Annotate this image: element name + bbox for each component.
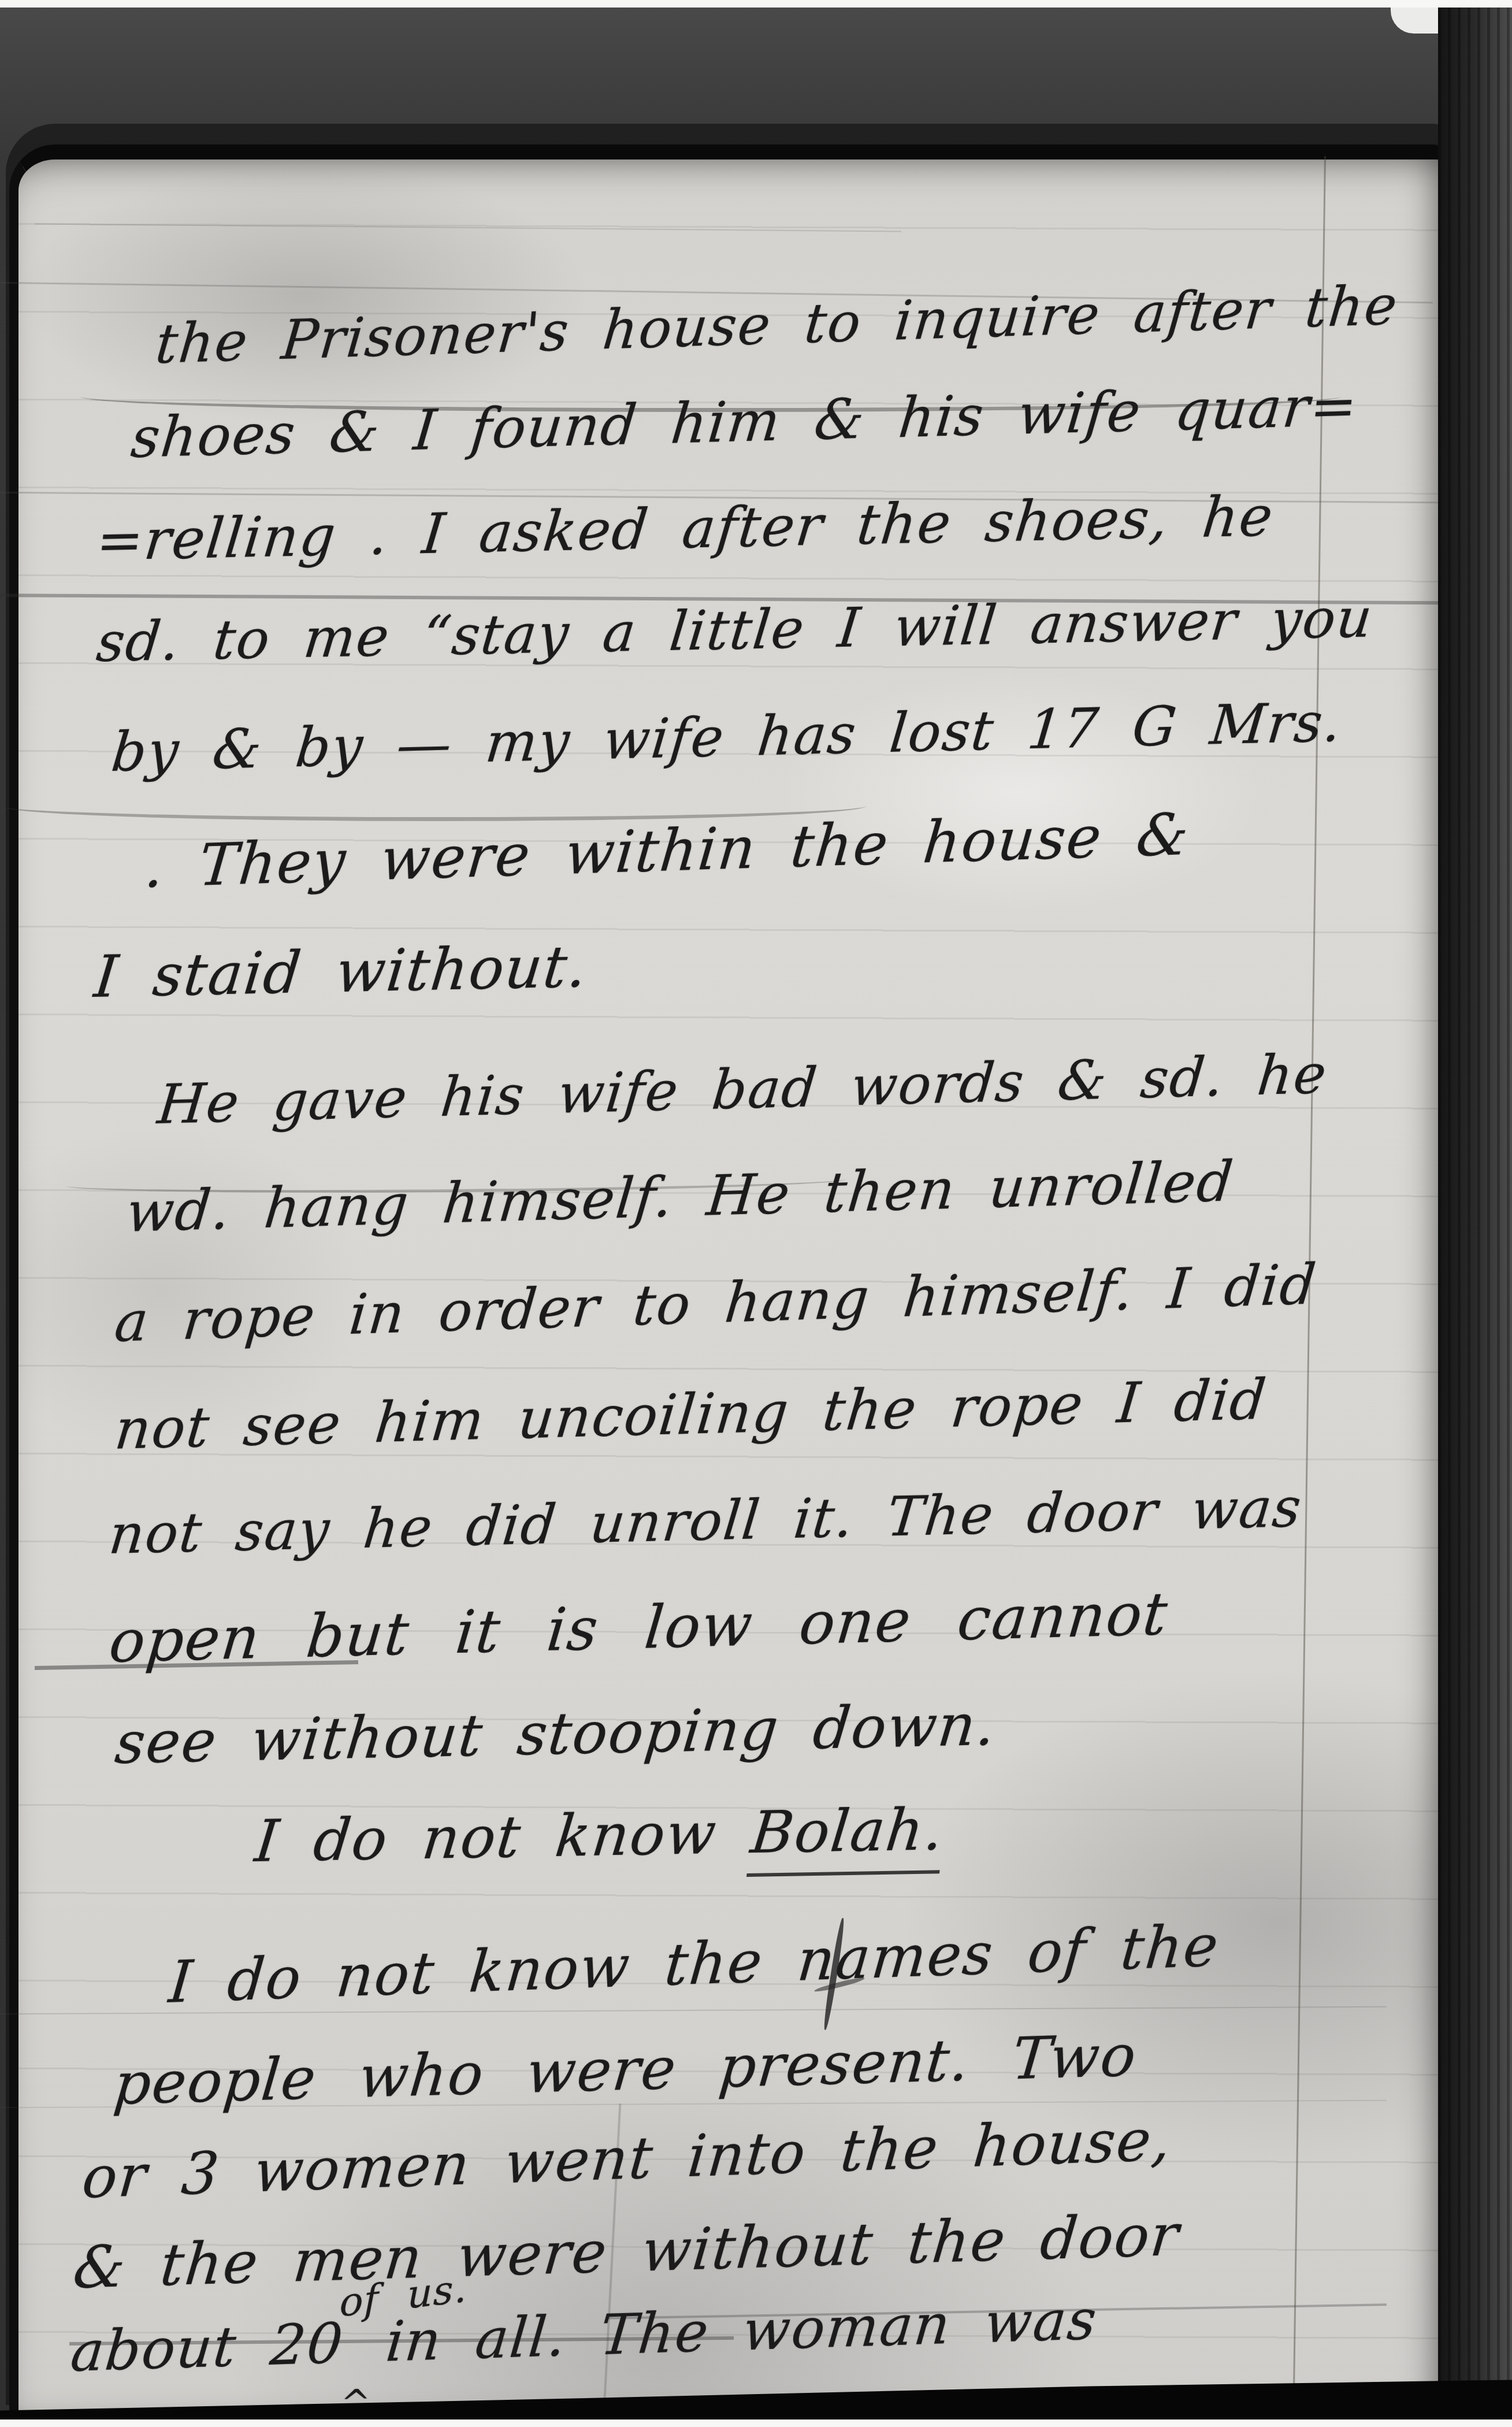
scan-top-border: [0, 0, 1512, 8]
manuscript-line-15: I do not know Bolah.: [252, 1795, 948, 1875]
line-20-before: about 20: [68, 2311, 347, 2384]
insertion-point: of us.^: [341, 2355, 385, 2362]
manuscript-scan: the Prisoner's house to inquire after th…: [0, 0, 1512, 2427]
underlined-name-bolah: Bolah.: [746, 1795, 948, 1877]
book-gutter-shadow: [1438, 0, 1512, 2427]
manuscript-line-7: I staid without.: [91, 933, 591, 1011]
scan-bottom-border: [0, 2419, 1512, 2427]
gutter-streaks: [1438, 0, 1512, 2427]
line-15-text: I do not know: [252, 1799, 755, 1875]
